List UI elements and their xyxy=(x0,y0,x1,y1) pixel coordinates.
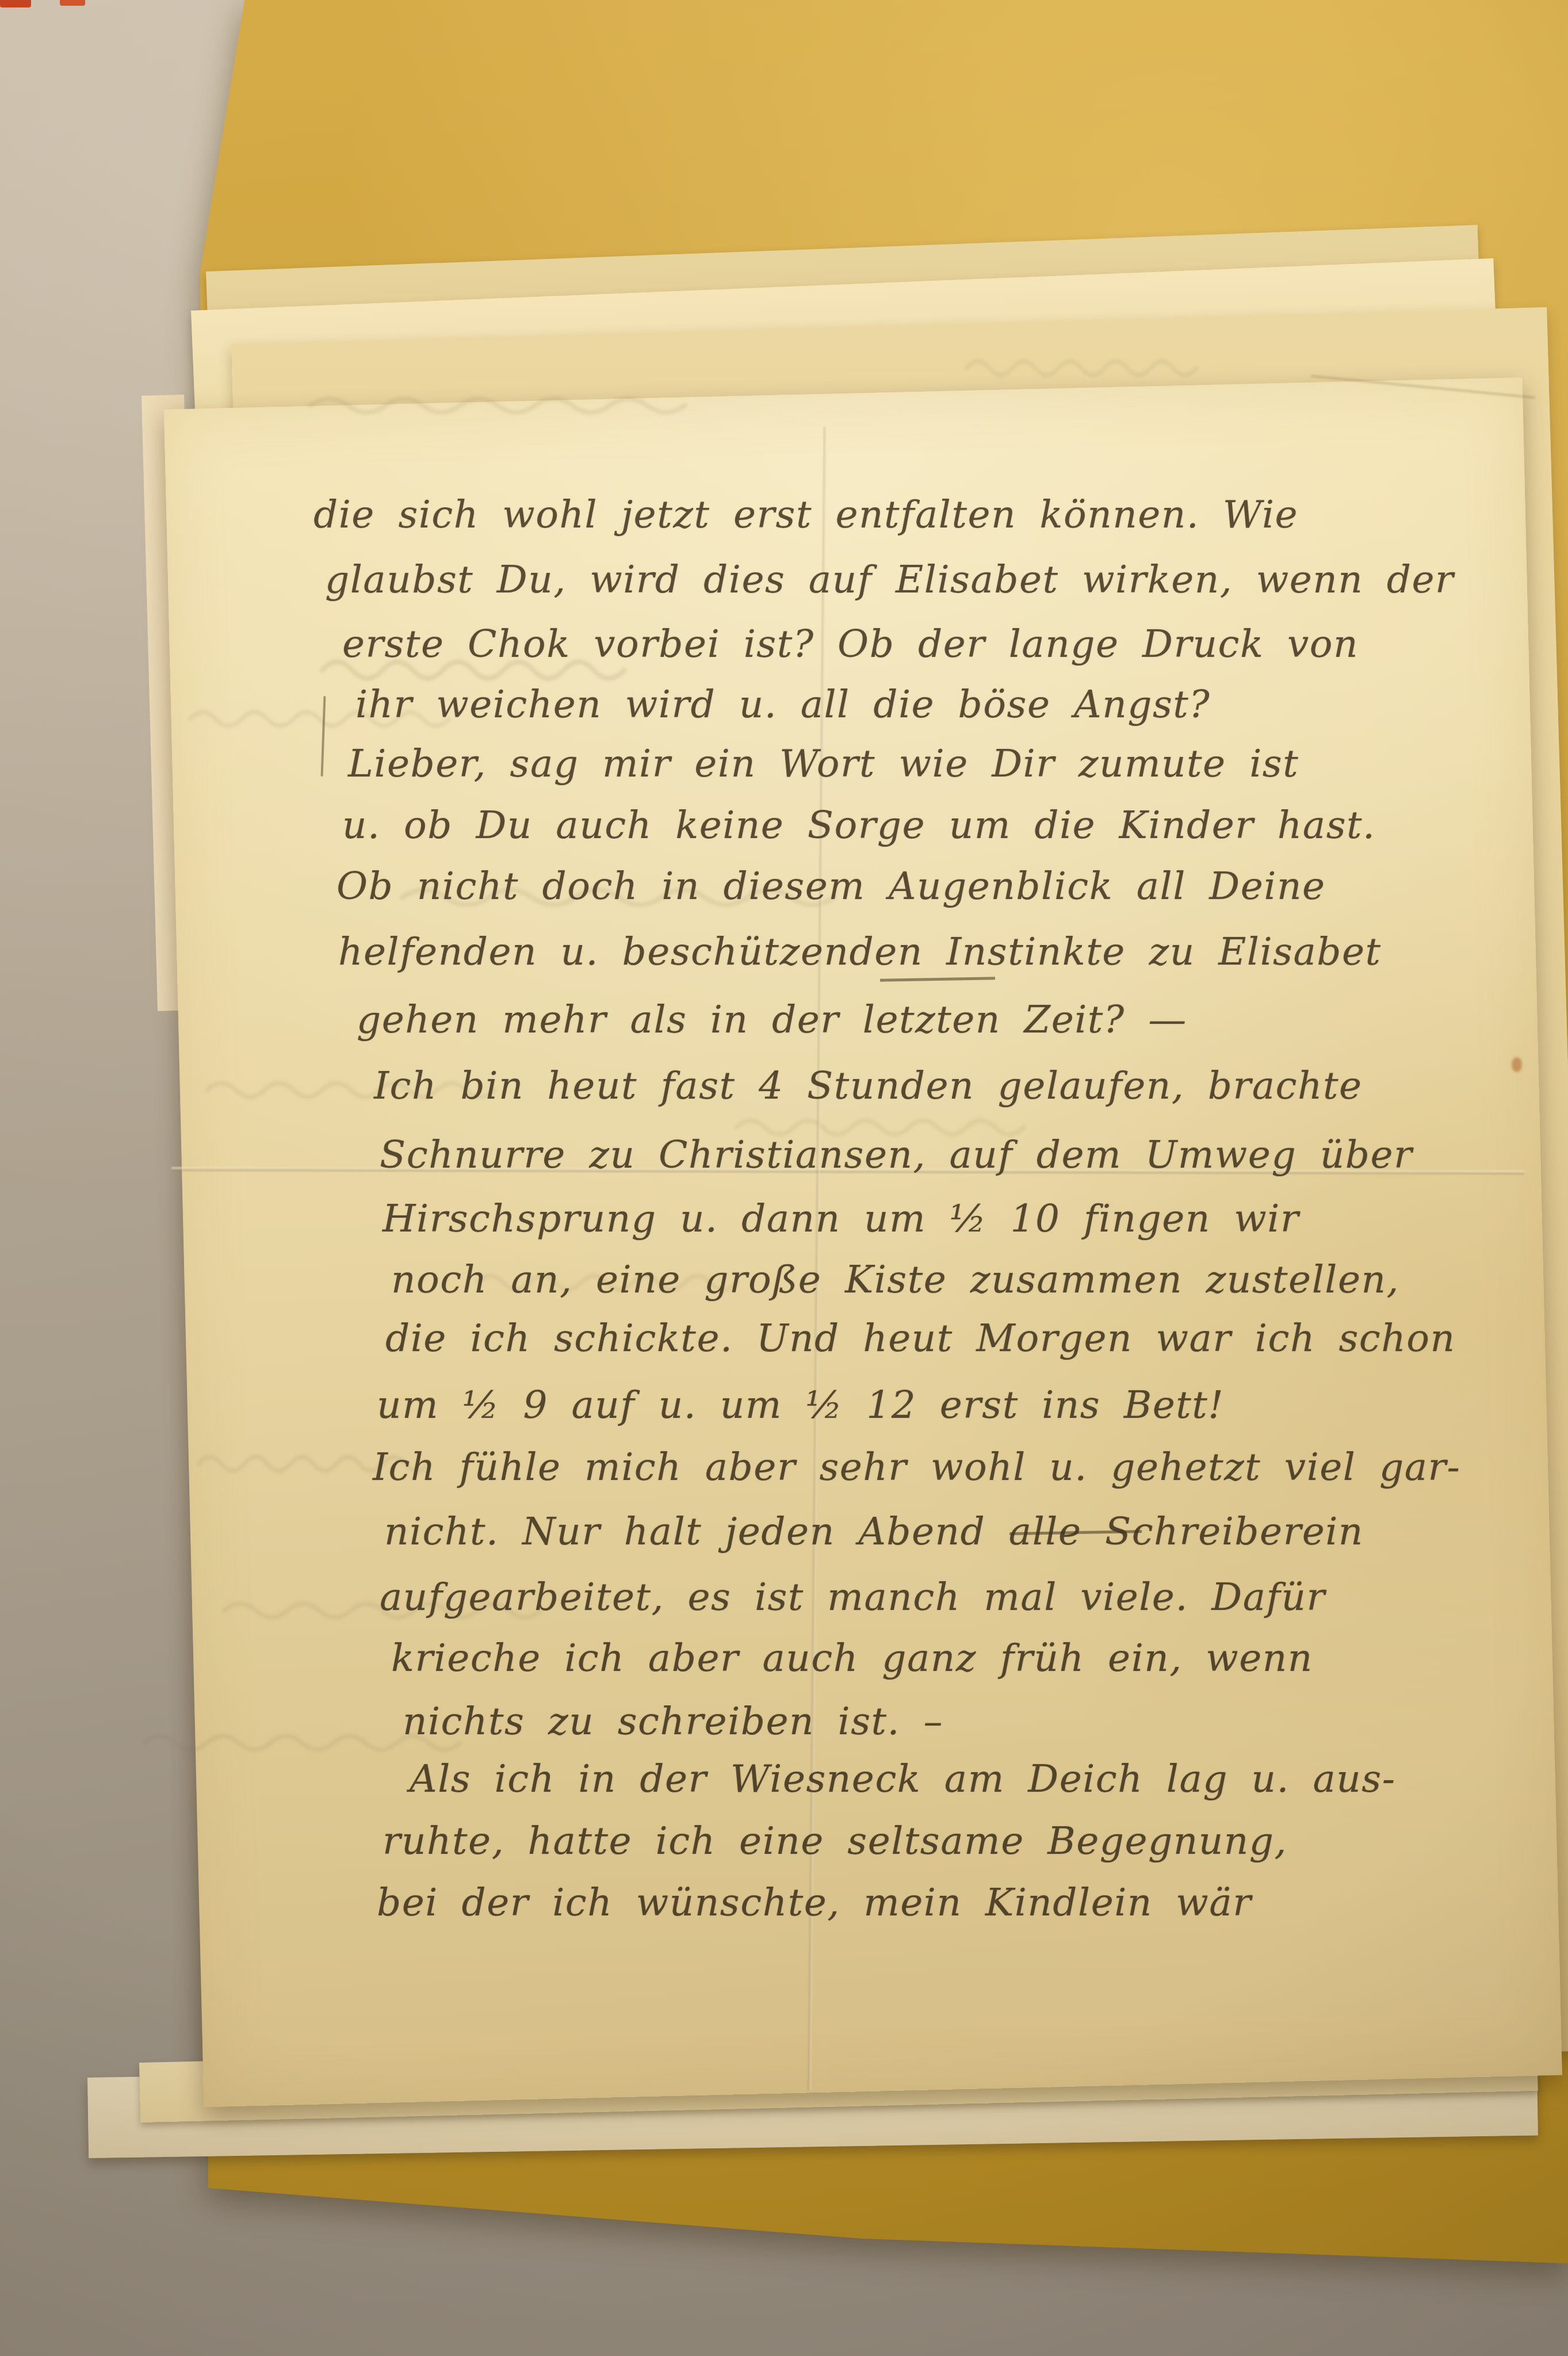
handwriting-line: krieche ich aber auch ganz früh ein, wen… xyxy=(391,1639,1313,1677)
red-paper-edge-2 xyxy=(60,0,85,6)
red-paper-edge-1 xyxy=(0,0,31,7)
handwriting-line: helfenden u. beschützenden Instinkte zu … xyxy=(338,933,1382,971)
handwriting-line: bei der ich wünschte, mein Kindlein wär xyxy=(377,1884,1252,1922)
handwriting-line: u. ob Du auch keine Sorge um die Kinder … xyxy=(342,806,1376,844)
handwriting-line: Ich bin heut fast 4 Stunden gelaufen, br… xyxy=(374,1067,1363,1105)
handwriting-line: Ich fühle mich aber sehr wohl u. gehetzt… xyxy=(373,1448,1460,1486)
handwriting-line: glaubst Du, wird dies auf Elisabet wirke… xyxy=(325,561,1454,599)
handwriting-line: ruhte, hatte ich eine seltsame Begegnung… xyxy=(383,1822,1287,1860)
handwriting-line: Ob nicht doch in diesem Augenblick all D… xyxy=(336,867,1325,905)
handwriting-line: Als ich in der Wiesneck am Deich lag u. … xyxy=(410,1760,1395,1798)
handwriting-line: Lieber, sag mir ein Wort wie Dir zumute … xyxy=(348,745,1299,783)
handwriting-line: die ich schickte. Und heut Morgen war ic… xyxy=(385,1319,1456,1357)
handwriting-line: ihr weichen wird u. all die böse Angst? xyxy=(355,686,1210,724)
handwriting-line: nicht. Nur halt jeden Abend alle Schreib… xyxy=(384,1513,1364,1551)
ghost-bleedthrough-writing xyxy=(0,0,1568,2356)
photo-of-handwritten-letter: { "document": { "type": "photographed ha… xyxy=(0,0,1568,2356)
handwriting-line: erste Chok vorbei ist? Ob der lange Druc… xyxy=(342,625,1359,663)
handwriting-line: Hirschsprung u. dann um ½ 10 fingen wir xyxy=(383,1200,1299,1238)
handwriting-line: gehen mehr als in der letzten Zeit? — xyxy=(357,1001,1187,1039)
handwriting-line: Schnurre zu Christiansen, auf dem Umweg … xyxy=(380,1136,1413,1174)
handwriting-line: noch an, eine große Kiste zusammen zuste… xyxy=(391,1261,1399,1299)
handwriting-line: die sich wohl jetzt erst entfalten könne… xyxy=(313,496,1298,534)
rust-stain xyxy=(1512,1057,1522,1072)
handwriting-line: nichts zu schreiben ist. – xyxy=(403,1703,943,1741)
handwriting-line: um ½ 9 auf u. um ½ 12 erst ins Bett! xyxy=(377,1386,1224,1424)
handwriting-line: aufgearbeitet, es ist manch mal viele. D… xyxy=(380,1578,1326,1616)
